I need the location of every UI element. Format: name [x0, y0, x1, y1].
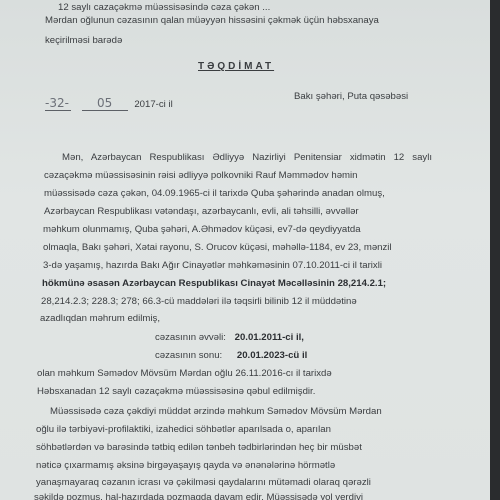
- date-year: 2017-ci il: [134, 99, 172, 110]
- body-p1-line-2: cəzaçəkmə müəssisəsinin rəisi ədliyyə po…: [44, 170, 432, 181]
- body-p3-line-6: şəkildə pozmuş, hal-hazırdada pozmaqda d…: [34, 492, 363, 500]
- body-p3-line-2: oğlu ilə tərbiyəvi-profilaktiki, izahedi…: [36, 424, 331, 435]
- body-p1-line-5: məhkum olunmamış, Quba şəhəri, A.Əhmədov…: [43, 224, 361, 235]
- handwritten-day: -32-: [45, 96, 71, 111]
- document-date: -32- 05 2017-ci il: [45, 96, 173, 111]
- header-line-2-text: Mərdan oğlunun cəzasının qalan müəyyən h…: [45, 15, 379, 26]
- header-line-2: Mərdan oğlunun cəzasının qalan müəyyən h…: [45, 15, 429, 26]
- term-end-value: 20.01.2023-cü il: [237, 350, 307, 361]
- body-p3-line-1: Müəssisədə cəza çəkdiyi müddət ərzində m…: [50, 406, 382, 417]
- term-start: cəzasının əvvəli: 20.01.2011-ci il,: [155, 332, 304, 343]
- body-p1-line-4: Azərbaycan Respublikası vətəndaşı, azərb…: [44, 206, 359, 217]
- body-p1-line-1: Mən, Azərbaycan Respublikası Ədliyyə Naz…: [62, 152, 432, 163]
- body-p1-line-8: hökmünə əsasən Azərbaycan Respublikası C…: [42, 278, 386, 289]
- body-p1-line-10: azadlıqdan məhrum edilmiş,: [40, 313, 160, 324]
- document-location: Bakı şəhəri, Puta qəsəbəsi: [294, 91, 408, 102]
- body-p1-line-3: müəssisədə cəza çəkən, 04.09.1965-ci il …: [44, 188, 385, 199]
- body-p2-line-1: olan məhkum Səmədov Mövsüm Mərdan oğlu 2…: [37, 368, 332, 379]
- body-p1-line-7: 3-də yaşamış, hazırda Bakı Ağır Cinayətl…: [43, 260, 382, 271]
- document-page: 12 saylı cazaçəkmə müəssisəsində cəza çə…: [0, 0, 490, 500]
- handwritten-month: 05: [82, 96, 128, 111]
- body-p3-line-3: söhbətlərdən və barəsində tətbiq edilən …: [36, 442, 362, 453]
- term-start-label: cəzasının əvvəli:: [155, 332, 226, 343]
- term-end: cəzasının sonu: 20.01.2023-cü il: [155, 350, 307, 361]
- term-start-value: 20.01.2011-ci il,: [235, 332, 304, 343]
- body-p1-line-6: olmaqla, Bakı şəhəri, Xətai rayonu, S. O…: [43, 242, 392, 253]
- body-p1-line-9: 28,214.2.3; 228.3; 278; 66.3-cü maddələr…: [41, 296, 357, 307]
- header-line-3: keçirilməsi barədə: [45, 35, 122, 46]
- body-p3-line-5: yanaşmayaraq cəzanın icrası və çəkilməsi…: [36, 477, 371, 488]
- body-p2-line-2: Həbsxanadan 12 saylı cəzaçəkmə müəssisəs…: [37, 386, 315, 397]
- header-line-1: 12 saylı cazaçəkmə müəssisəsində cəza çə…: [58, 2, 270, 13]
- term-end-label: cəzasının sonu:: [155, 350, 222, 361]
- document-title: TƏQDİMAT: [198, 61, 274, 72]
- body-p3-line-4: nəticə çıxarmamış əksinə birgəyaşayış qa…: [36, 460, 335, 471]
